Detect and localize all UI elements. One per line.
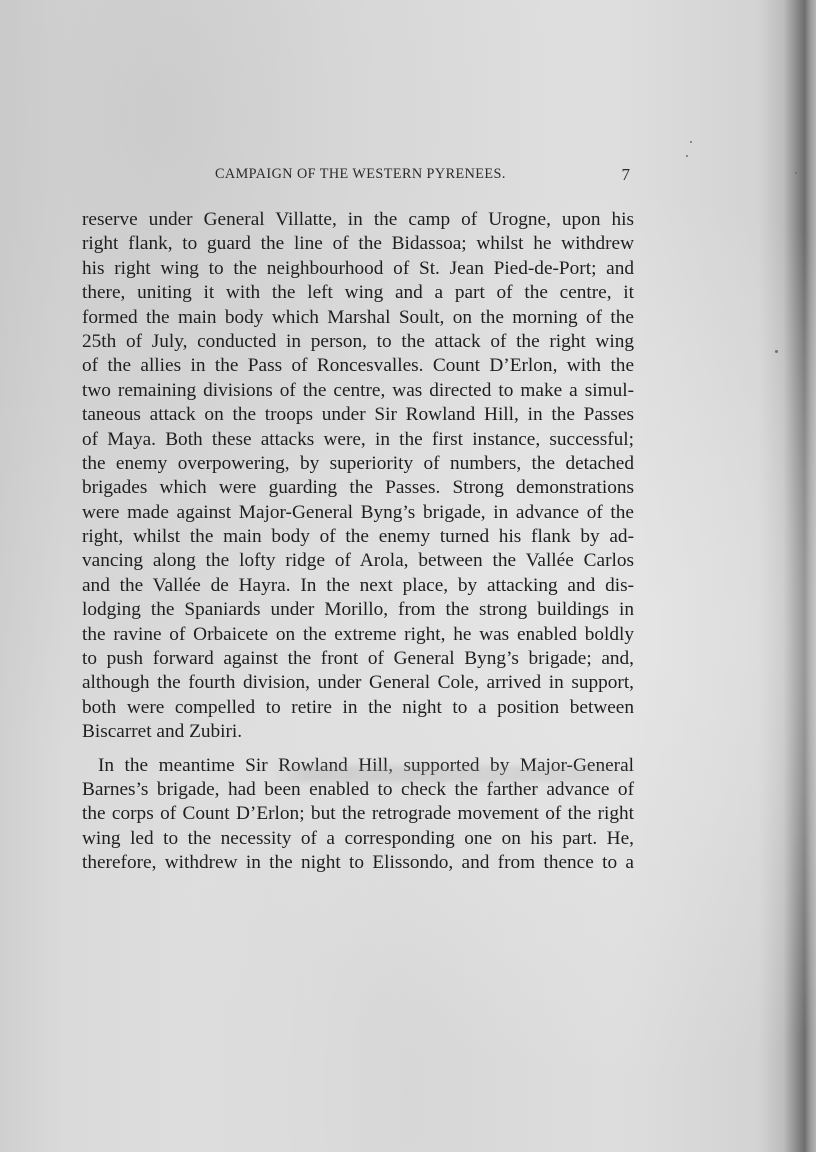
text-line: brigades which were guarding the Passes.…	[82, 476, 634, 500]
text-line: the enemy overpowering, by superiority o…	[82, 452, 634, 476]
text-line: therefore, withdrew in the night to Elis…	[82, 851, 634, 875]
paper-speck	[690, 141, 692, 143]
text-line: two remaining divisions of the centre, w…	[82, 379, 634, 403]
text-line: 25th of July, conducted in person, to th…	[82, 330, 634, 354]
paragraph-1: reserve under General Villatte, in the c…	[82, 208, 634, 745]
text-line: reserve under General Villatte, in the c…	[82, 208, 634, 232]
text-line: right flank, to guard the line of the Bi…	[82, 232, 634, 256]
text-line: were made against Major-General Byng’s b…	[82, 501, 634, 525]
text-line: vancing along the lofty ridge of Arola, …	[82, 549, 634, 573]
paper-speck	[686, 155, 688, 157]
text-line: Biscarret and Zubiri.	[82, 720, 634, 744]
text-line: to push forward against the front of Gen…	[82, 647, 634, 671]
paper-speck	[775, 350, 778, 353]
running-head: CAMPAIGN OF THE WESTERN PYRENEES. 7	[215, 166, 630, 188]
text-line: lodging the Spaniards under Morillo, fro…	[82, 598, 634, 622]
text-line: of Maya. Both these attacks were, in the…	[82, 428, 634, 452]
show-through-smudge	[270, 766, 640, 782]
text-line: both were compelled to retire in the nig…	[82, 696, 634, 720]
page-number: 7	[622, 165, 631, 185]
text-line: the ravine of Orbaicete on the extreme r…	[82, 623, 634, 647]
text-line: of the allies in the Pass of Roncesvalle…	[82, 354, 634, 378]
text-line: right, whilst the main body of the enemy…	[82, 525, 634, 549]
text-line: taneous attack on the troops under Sir R…	[82, 403, 634, 427]
paper-speck	[795, 172, 797, 174]
text-line: wing led to the necessity of a correspon…	[82, 827, 634, 851]
book-page: CAMPAIGN OF THE WESTERN PYRENEES. 7 rese…	[0, 0, 816, 1152]
text-line: there, uniting it with the left wing and…	[82, 281, 634, 305]
text-line: and the Vallée de Hayra. In the next pla…	[82, 574, 634, 598]
paragraph-spacing	[82, 745, 634, 754]
text-line: the corps of Count D’Erlon; but the retr…	[82, 802, 634, 826]
text-line: his right wing to the neighbourhood of S…	[82, 257, 634, 281]
running-head-title: CAMPAIGN OF THE WESTERN PYRENEES.	[215, 166, 506, 183]
text-line: formed the main body which Marshal Soult…	[82, 306, 634, 330]
text-line: although the fourth division, under Gene…	[82, 671, 634, 695]
